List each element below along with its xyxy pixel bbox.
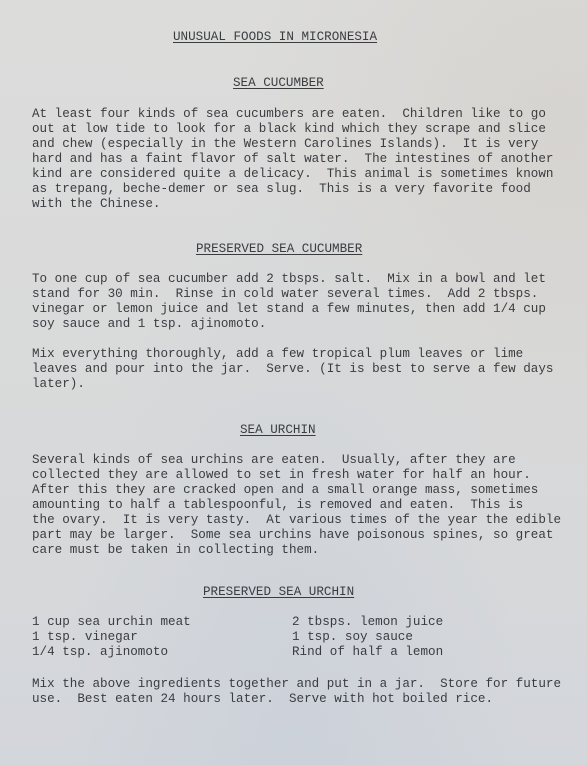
text-line: At least four kinds of sea cucumbers are…: [32, 107, 546, 122]
ingredient-item: 1/4 tsp. ajinomoto: [32, 645, 168, 660]
text-line: later).: [32, 377, 85, 392]
ingredient-item: 1 tsp. soy sauce: [292, 630, 413, 645]
text-line: with the Chinese.: [32, 197, 160, 212]
text-line: soy sauce and 1 tsp. ajinomoto.: [32, 317, 266, 332]
text-line: Several kinds of sea urchins are eaten. …: [32, 453, 516, 468]
text-line: leaves and pour into the jar. Serve. (It…: [32, 362, 553, 377]
text-line: kind are considered quite a delicacy. Th…: [32, 167, 553, 182]
ingredient-item: 1 tsp. vinegar: [32, 630, 138, 645]
text-line: collected they are allowed to set in fre…: [32, 468, 531, 483]
text-line: out at low tide to look for a black kind…: [32, 122, 546, 137]
section-heading-preserved-sea-urchin: PRESERVED SEA URCHIN: [203, 585, 354, 600]
ingredient-item: Rind of half a lemon: [292, 645, 443, 660]
text-line: hard and has a faint flavor of salt wate…: [32, 152, 553, 167]
text-line: amounting to half a tablespoonful, is re…: [32, 498, 523, 513]
text-line: vinegar or lemon juice and let stand a f…: [32, 302, 546, 317]
section-heading-sea-cucumber: SEA CUCUMBER: [233, 76, 324, 91]
text-line: After this they are cracked open and a s…: [32, 483, 538, 498]
text-line: care must be taken in collecting them.: [32, 543, 319, 558]
text-line: Mix the above ingredients together and p…: [32, 677, 561, 692]
section-heading-sea-urchin: SEA URCHIN: [240, 423, 316, 438]
typewritten-page: UNUSUAL FOODS IN MICRONESIA SEA CUCUMBER…: [0, 0, 587, 765]
text-line: as trepang, beche-demer or sea slug. Thi…: [32, 182, 531, 197]
text-line: use. Best eaten 24 hours later. Serve wi…: [32, 692, 493, 707]
text-line: part may be larger. Some sea urchins hav…: [32, 528, 553, 543]
text-line: the ovary. It is very tasty. At various …: [32, 513, 561, 528]
text-line: stand for 30 min. Rinse in cold water se…: [32, 287, 538, 302]
section-heading-preserved-sea-cucumber: PRESERVED SEA CUCUMBER: [196, 242, 362, 257]
text-line: Mix everything thoroughly, add a few tro…: [32, 347, 523, 362]
ingredient-item: 2 tbsps. lemon juice: [292, 615, 443, 630]
ingredient-item: 1 cup sea urchin meat: [32, 615, 191, 630]
text-line: and chew (especially in the Western Caro…: [32, 137, 538, 152]
text-line: To one cup of sea cucumber add 2 tbsps. …: [32, 272, 546, 287]
document-title: UNUSUAL FOODS IN MICRONESIA: [173, 30, 377, 45]
